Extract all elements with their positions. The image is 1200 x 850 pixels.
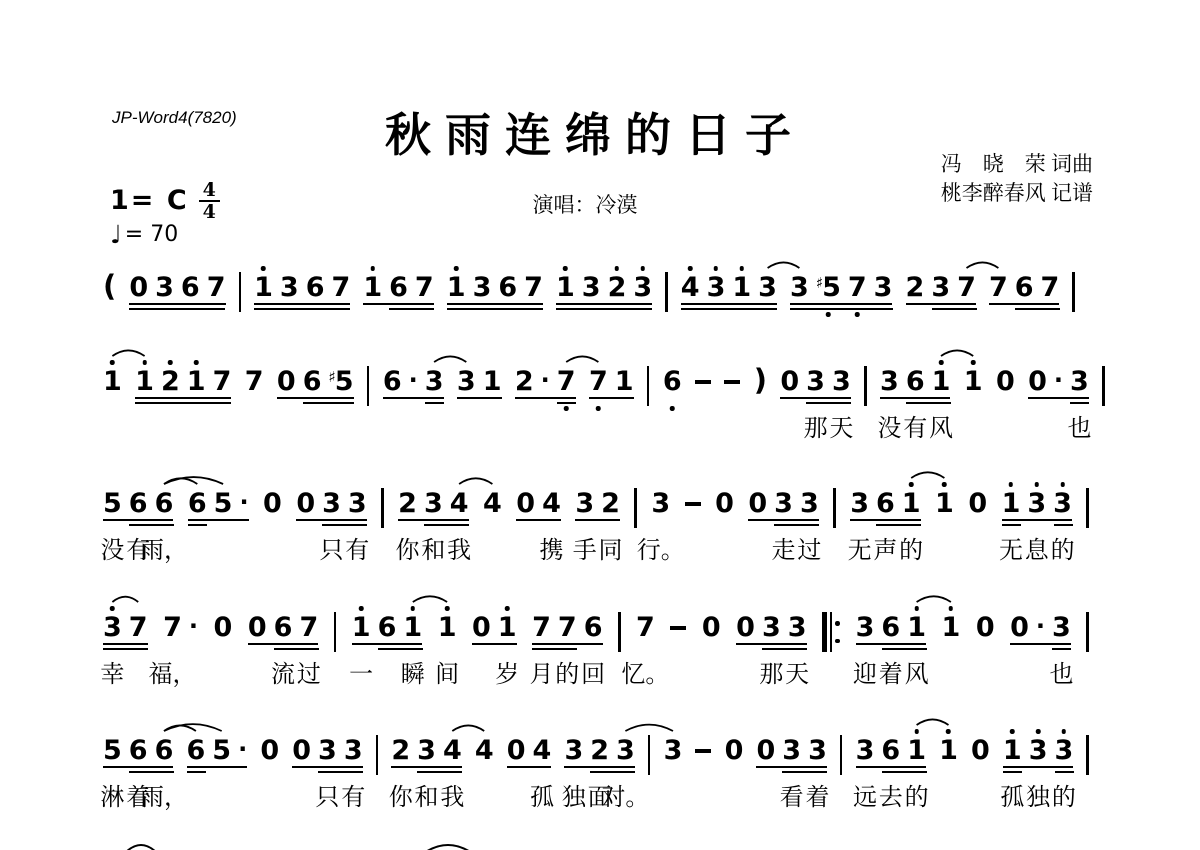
digit-glyph: · [239, 488, 248, 518]
digit-glyph: 6 [383, 366, 402, 396]
note-digit: 1 [615, 359, 634, 396]
beam-underline-2 [129, 771, 174, 773]
note-digit: 2 [608, 265, 627, 302]
octave-dot-above [214, 265, 219, 272]
digit-glyph: 6 [187, 735, 206, 765]
note-digit: 6 [881, 605, 900, 642]
octave-dot-above [1036, 728, 1041, 735]
note-group: 033 [780, 359, 850, 396]
octave-dot-above [168, 359, 173, 366]
beam-underline-2 [790, 308, 893, 310]
beam-underline-2 [424, 524, 469, 526]
duration-dot: · [409, 359, 418, 396]
digit-glyph: 4 [681, 272, 700, 302]
digit-glyph: 0 [263, 488, 282, 518]
digit-glyph: 3 [808, 735, 827, 765]
note-group: 0 [715, 481, 734, 518]
digit-glyph: 2 [391, 735, 410, 765]
octave-dot-above [722, 481, 727, 488]
beam-underline [129, 303, 225, 305]
digit-glyph: 1 [907, 735, 926, 765]
octave-dot-above [432, 359, 437, 366]
octave-dot-above [1059, 605, 1064, 612]
rest-digit: 0 [780, 359, 799, 396]
digit-glyph: 1 [135, 366, 154, 396]
octave-dot-above [1008, 481, 1013, 488]
barline [376, 735, 379, 775]
note-group: 0 [260, 728, 279, 765]
note-group: 4 [475, 728, 494, 765]
digit-glyph: 6 [155, 735, 174, 765]
digit-glyph: 1 [1003, 735, 1022, 765]
octave-dot-above [479, 605, 484, 612]
digit-glyph: 2 [398, 488, 417, 518]
note-digit: 7 [213, 359, 232, 396]
digit-glyph: 1 [556, 272, 575, 302]
beam-underline [516, 519, 561, 521]
note-digit: 3 [774, 481, 793, 518]
note-digit: 3 [582, 265, 601, 302]
beam-underline-2 [274, 648, 319, 650]
digit-glyph: 7 [636, 612, 655, 642]
beam-underline-2 [447, 308, 543, 310]
beam-underline-2 [135, 402, 231, 404]
octave-dot-above [384, 605, 389, 612]
note-digit: 3 [424, 481, 443, 518]
octave-dot-above [310, 359, 315, 366]
octave-dot-above [743, 605, 748, 612]
note-digit: 1 [447, 265, 466, 302]
note-group: 65· [187, 728, 248, 765]
note-group: 0·3 [1010, 605, 1071, 642]
beam-underline-2 [322, 524, 367, 526]
lyric-syllable: 幸 [100, 654, 124, 689]
note-digit: 7 [557, 359, 576, 396]
note-digit: 3 [457, 359, 476, 396]
digit-glyph: 3 [856, 735, 875, 765]
digit-glyph: 3 [155, 272, 174, 302]
beam-underline [736, 643, 806, 645]
digit-glyph: 6 [306, 272, 325, 302]
octave-dot-above [795, 605, 800, 612]
octave-dot-above [1056, 359, 1061, 366]
note-digit: 1 [254, 265, 273, 302]
beam-underline-2 [681, 308, 777, 310]
note-digit: 3 [575, 481, 594, 518]
barline [1086, 612, 1089, 652]
octave-dot-above [643, 605, 648, 612]
digit-glyph: 6 [663, 366, 682, 396]
duration-dot: · [189, 605, 198, 642]
octave-dot-above [658, 481, 663, 488]
digit-glyph: 0 [996, 366, 1015, 396]
note-digit: 6 [274, 605, 293, 642]
octave-dot-above [405, 481, 410, 488]
digit-glyph: 0 [129, 272, 148, 302]
digit-glyph: 4 [450, 488, 469, 518]
octave-dot-above [522, 359, 527, 366]
digit-glyph: 3 [790, 272, 809, 302]
digit-glyph: 3 [1027, 488, 1046, 518]
beam-underline [457, 397, 502, 399]
octave-dot-above [505, 265, 510, 272]
beam-underline-2 [103, 648, 148, 650]
digit-glyph: 6 [181, 272, 200, 302]
half-note-dash [685, 502, 701, 506]
credits-block: 冯 晓 荣 词曲 桃李醉春风 记谱 [941, 150, 1093, 208]
beam-underline [1003, 766, 1073, 768]
digit-glyph: 6 [188, 488, 207, 518]
octave-dot-above [261, 265, 266, 272]
open-paren: ( [103, 271, 116, 302]
rest-digit: 0 [516, 481, 535, 518]
beam-underline [1002, 519, 1072, 521]
digit-glyph: 1 [732, 272, 751, 302]
barline [840, 735, 843, 775]
note-digit: 3 [473, 265, 492, 302]
beam-underline [780, 397, 850, 399]
digit-glyph: 2 [161, 366, 180, 396]
note-digit: 7 [848, 265, 867, 302]
rest-digit: 0 [129, 265, 148, 302]
note-group: 01 [472, 605, 517, 642]
note-digit: 3 [880, 359, 899, 396]
digit-glyph: 2 [590, 735, 609, 765]
rest-digit: 0 [1010, 605, 1029, 642]
note-group: 234 [398, 481, 468, 518]
note-digit: 3 [103, 605, 122, 642]
note-digit: 1 [187, 359, 206, 396]
digit-glyph: 6 [378, 612, 397, 642]
octave-dot-above [591, 605, 596, 612]
half-note-dash [724, 380, 740, 384]
key-signature: 1= C 4 4 [110, 184, 220, 222]
note-group: 1 [103, 359, 122, 396]
digit-glyph: 3 [575, 488, 594, 518]
lyric-syllable: 忆。 [621, 654, 669, 689]
beam-underline [103, 643, 148, 645]
octave-dot-above [267, 728, 272, 735]
lyric-syllable: 和 [415, 777, 439, 812]
octave-dot-above [755, 481, 760, 488]
note-group: 566 [103, 481, 173, 518]
octave-dot-above [909, 481, 914, 488]
barline [1086, 488, 1089, 528]
digit-glyph: 3 [616, 735, 635, 765]
octave-dot-above [709, 605, 714, 612]
beam-underline [187, 766, 248, 768]
note-group: 0 [725, 728, 744, 765]
beam-underline-2 [129, 308, 225, 310]
octave-dot-above [351, 728, 356, 735]
note-digit: 3 [633, 265, 652, 302]
music-line-4: 377·006716110177670033361100·3幸福，流过一瞬间岁月… [103, 588, 1089, 700]
beam-underline-2 [782, 771, 827, 773]
note-group: 65· [188, 481, 249, 518]
note-group: 234 [391, 728, 461, 765]
digit-glyph: 1 [363, 272, 382, 302]
note-digit: 2 [515, 359, 534, 396]
digit-glyph: 1 [352, 612, 371, 642]
note-digit: 7 [207, 265, 226, 302]
note-digit: 1 [363, 265, 382, 302]
digit-glyph: 0 [1010, 612, 1029, 642]
beam-underline-2 [417, 771, 462, 773]
note-digit: 4 [443, 728, 462, 765]
note-group: 1217 [135, 359, 231, 396]
note-group: 033 [756, 728, 826, 765]
digit-glyph: 7 [245, 366, 264, 396]
octave-dot-below [596, 406, 601, 411]
octave-dot-above [888, 605, 893, 612]
octave-dot-above [978, 728, 983, 735]
lyric-syllable: 走 [772, 530, 796, 565]
digit-glyph: 1 [254, 272, 273, 302]
octave-dot-above [597, 728, 602, 735]
digit-glyph: 0 [976, 612, 995, 642]
digit-glyph: 2 [601, 488, 620, 518]
digit-glyph: ♯5 [816, 272, 841, 302]
digit-glyph: 3 [457, 366, 476, 396]
barline [665, 272, 668, 312]
beam-underline [790, 303, 892, 305]
octave-dot-above [608, 481, 613, 488]
beam-underline-2 [389, 308, 434, 310]
barline [647, 366, 650, 406]
note-group: 361 [856, 728, 926, 765]
note-group: 133 [1002, 481, 1072, 518]
note-digit: 1 [1002, 481, 1021, 518]
octave-dot-above [161, 728, 166, 735]
octave-dot-below [670, 406, 675, 411]
octave-dot-above [839, 359, 844, 366]
octave-dot-above [769, 605, 774, 612]
note-digit: 6 [881, 728, 900, 765]
lyric-syllable: 着 [805, 777, 829, 812]
note-group: 361 [880, 359, 950, 396]
note-group: 033 [748, 481, 818, 518]
octave-dot-below [826, 312, 831, 317]
note-group: 237 [906, 265, 976, 302]
digit-glyph: 0 [472, 612, 491, 642]
note-digit: 7 [331, 265, 350, 302]
lyric-syllable: 一 [349, 654, 373, 689]
digit-glyph: · [1036, 612, 1045, 642]
beam-underline-2 [876, 524, 921, 526]
beam-underline [352, 643, 422, 645]
digit-glyph: 3 [832, 366, 851, 396]
rest-digit: 0 [702, 605, 721, 642]
digit-glyph: 3 [103, 612, 122, 642]
octave-dot-above [219, 728, 224, 735]
note-digit: 6 [906, 359, 925, 396]
note-digit: ♯5 [816, 265, 841, 302]
note-digit: 3 [856, 728, 875, 765]
beam-underline [363, 303, 433, 305]
note-group: 033 [736, 605, 806, 642]
note-digit: 1 [935, 481, 954, 518]
digit-glyph: 5 [103, 488, 122, 518]
note-group: 767 [989, 265, 1059, 302]
key-text: 1= C [110, 184, 189, 218]
note-digit: 2 [601, 481, 620, 518]
digit-glyph: 0 [736, 612, 755, 642]
octave-dot-above [390, 359, 395, 366]
octave-dot-above [490, 359, 495, 366]
note-group: 161 [352, 605, 422, 642]
digit-glyph: 7 [848, 272, 867, 302]
lyric-syllable: 独 [562, 777, 586, 812]
octave-dot-above [913, 359, 918, 366]
octave-dot-above [242, 481, 247, 488]
note-group: 32 [575, 481, 620, 518]
note-digit: 3 [790, 265, 809, 302]
digit-glyph: 3 [344, 735, 363, 765]
octave-dot-above [670, 359, 675, 366]
rest-digit: 0 [748, 481, 767, 518]
note-digit: 3 [788, 605, 807, 642]
digit-glyph: 3 [1053, 488, 1072, 518]
octave-dot-above [881, 265, 886, 272]
lyric-syllable: 的 [555, 654, 579, 689]
digit-glyph: 6 [389, 272, 408, 302]
beam-underline-2 [556, 308, 652, 310]
octave-dot-above [862, 605, 867, 612]
beam-underline-2 [187, 771, 206, 773]
lyric-syllable: 和 [421, 530, 445, 565]
octave-dot-above [622, 359, 627, 366]
octave-dot-above [523, 481, 528, 488]
beam-underline-2 [762, 648, 807, 650]
octave-dot-above [193, 728, 198, 735]
note-digit: 7 [1041, 265, 1060, 302]
digit-glyph: 0 [968, 488, 987, 518]
lyric-syllable: 雨， [140, 530, 188, 565]
beam-underline-2 [1002, 524, 1021, 526]
beam-underline [556, 303, 652, 305]
barline [1102, 366, 1105, 406]
digit-glyph: 6 [876, 488, 895, 518]
sharp-icon: ♯ [816, 274, 823, 292]
digit-glyph: 3 [417, 735, 436, 765]
meter-numerator: 4 [199, 180, 220, 200]
octave-dot-above [514, 728, 519, 735]
digit-glyph: 3 [856, 612, 875, 642]
digit-glyph: 3 [782, 735, 801, 765]
digit-glyph: 0 [277, 366, 296, 396]
beam-underline [103, 519, 173, 521]
beam-underline [296, 519, 366, 521]
octave-dot-above [287, 265, 292, 272]
lyric-syllable: 你 [389, 777, 413, 812]
digit-glyph: 3 [806, 366, 825, 396]
note-digit: 3 [651, 481, 670, 518]
lyric-syllable: 看 [780, 777, 804, 812]
octave-dot-above [883, 481, 888, 488]
digit-glyph: 3 [1052, 612, 1071, 642]
octave-dot-above [411, 359, 416, 366]
note-digit: 5 [214, 481, 233, 518]
note-digit: 3 [1027, 481, 1046, 518]
beam-underline [748, 519, 818, 521]
digit-glyph: 6 [584, 612, 603, 642]
note-group: 4 [483, 481, 502, 518]
octave-dot-above [787, 359, 792, 366]
note-digit: 3 [832, 359, 851, 396]
note-digit: 4 [681, 265, 700, 302]
lyric-syllable: 对。 [601, 777, 649, 812]
octave-dot-above [939, 359, 944, 366]
lyric-syllable: 月 [530, 654, 554, 689]
octave-dot-above [338, 265, 343, 272]
lyric-syllable: 我 [447, 530, 471, 565]
note-digit: 7 [129, 605, 148, 642]
octave-dot-above [431, 481, 436, 488]
barline [1072, 272, 1075, 312]
octave-dot-above [454, 265, 459, 272]
octave-dot-above [313, 265, 318, 272]
lyric-syllable: 没 [100, 530, 124, 565]
beam-underline-2 [303, 402, 354, 404]
digit-glyph: 1 [483, 366, 502, 396]
digit-glyph: 1 [1002, 488, 1021, 518]
digit-glyph: 4 [542, 488, 561, 518]
note-digit: 1 [483, 359, 502, 396]
beam-underline-2 [906, 402, 951, 404]
octave-dot-above [914, 605, 919, 612]
octave-dot-above [1060, 481, 1065, 488]
octave-dot-above [543, 359, 548, 366]
digit-glyph: 4 [483, 488, 502, 518]
digit-glyph: 0 [292, 735, 311, 765]
digit-glyph: 7 [331, 272, 350, 302]
note-digit: 7 [957, 265, 976, 302]
octave-dot-above [731, 728, 736, 735]
note-group: 361 [856, 605, 926, 642]
note-digit: 1 [103, 359, 122, 396]
octave-dot-above [813, 359, 818, 366]
lyric-syllable: 过 [297, 654, 321, 689]
beam-underline [398, 519, 468, 521]
digit-glyph: 3 [564, 735, 583, 765]
digit-glyph: 0 [1028, 366, 1047, 396]
beam-underline [391, 766, 461, 768]
note-digit: 2 [391, 728, 410, 765]
octave-dot-above [255, 605, 260, 612]
octave-dot-above [565, 605, 570, 612]
digit-glyph: 1 [103, 366, 122, 396]
digit-glyph: 7 [532, 612, 551, 642]
note-group: 0 [996, 359, 1015, 396]
lyric-syllable: 回 [581, 654, 605, 689]
note-digit: 3 [931, 265, 950, 302]
digit-glyph: 3 [348, 488, 367, 518]
octave-dot-above [445, 605, 450, 612]
digit-glyph: 0 [748, 488, 767, 518]
note-digit: 7 [524, 265, 543, 302]
digit-glyph: · [189, 612, 198, 642]
note-digit: 1 [352, 605, 371, 642]
octave-dot-above [450, 728, 455, 735]
digit-glyph: 0 [715, 488, 734, 518]
note-group: 167 [363, 265, 433, 302]
note-digit: 3 [564, 728, 583, 765]
note-digit: 3 [616, 728, 635, 765]
octave-dot-above [815, 728, 820, 735]
octave-dot-above [110, 728, 115, 735]
note-group: 1 [942, 605, 961, 642]
octave-dot-above [971, 359, 976, 366]
